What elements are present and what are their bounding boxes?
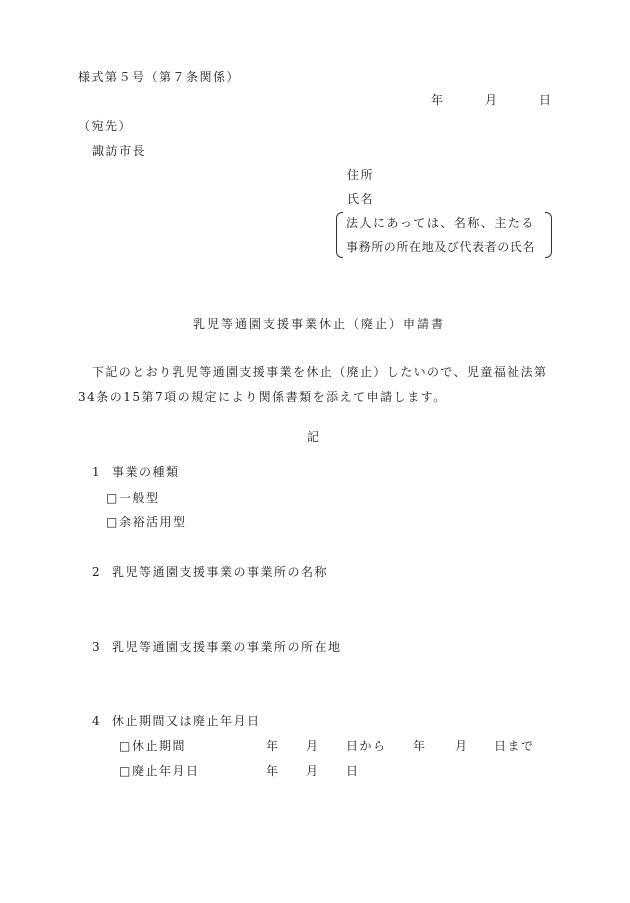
suspension-from-day: 日から <box>346 739 387 753</box>
abolition-month: 月 <box>306 764 320 778</box>
addressee-prefix: （宛先） <box>78 119 132 133</box>
checkbox-abolition-date[interactable]: □ <box>119 764 132 778</box>
date-day-label: 日 <box>539 93 553 107</box>
item-2-number: 2 <box>92 565 101 579</box>
item-1-label: 事業の種類 <box>112 465 180 479</box>
document-title: 乳児等通園支援事業休止（廃止）申請書 <box>193 317 445 331</box>
suspension-to-year: 年 <box>413 739 427 753</box>
suspension-from-month: 月 <box>306 739 320 753</box>
body-line-1: 下記のとおり乳児等通園支援事業を休止（廃止）したいので、児童福祉法第 <box>92 365 547 379</box>
option-general-type-label: 一般型 <box>119 491 160 505</box>
ki-label: 記 <box>307 430 321 444</box>
abolition-year: 年 <box>266 764 280 778</box>
suspension-to-day: 日まで <box>494 739 535 753</box>
item-3-label: 乳児等通園支援事業の事業所の所在地 <box>112 640 342 654</box>
bracket-right <box>545 212 552 258</box>
corporate-note-line1: 法人にあっては、名称、主たる <box>346 216 535 230</box>
bracket-left <box>336 212 343 258</box>
item-4-number: 4 <box>92 714 101 728</box>
abolition-date-label: 廃止年月日 <box>132 764 200 778</box>
option-surplus-type-label: 余裕活用型 <box>119 515 187 529</box>
name-label: 氏名 <box>347 192 374 206</box>
item-3-number: 3 <box>92 640 101 654</box>
checkbox-surplus-type[interactable]: □ <box>106 515 119 529</box>
suspension-from-year: 年 <box>266 739 280 753</box>
suspension-period-label: 休止期間 <box>132 739 186 753</box>
item-1-number: 1 <box>92 465 101 479</box>
corporate-note-line2: 事務所の所在地及び代表者の氏名 <box>346 240 535 254</box>
form-number: 様式第５号（第７条関係） <box>78 70 240 84</box>
item-4-label: 休止期間又は廃止年月日 <box>112 714 261 728</box>
checkbox-suspension-period[interactable]: □ <box>119 739 132 753</box>
address-label: 住所 <box>347 168 374 182</box>
checkbox-general-type[interactable]: □ <box>106 491 119 505</box>
body-line-2: 34条の15第7項の規定により関係書類を添えて申請します。 <box>78 390 447 404</box>
suspension-to-month: 月 <box>455 739 469 753</box>
date-month-label: 月 <box>485 93 499 107</box>
item-2-label: 乳児等通園支援事業の事業所の名称 <box>112 565 328 579</box>
addressee: 諏訪市長 <box>92 144 146 158</box>
abolition-day: 日 <box>346 764 360 778</box>
date-year-label: 年 <box>431 93 445 107</box>
